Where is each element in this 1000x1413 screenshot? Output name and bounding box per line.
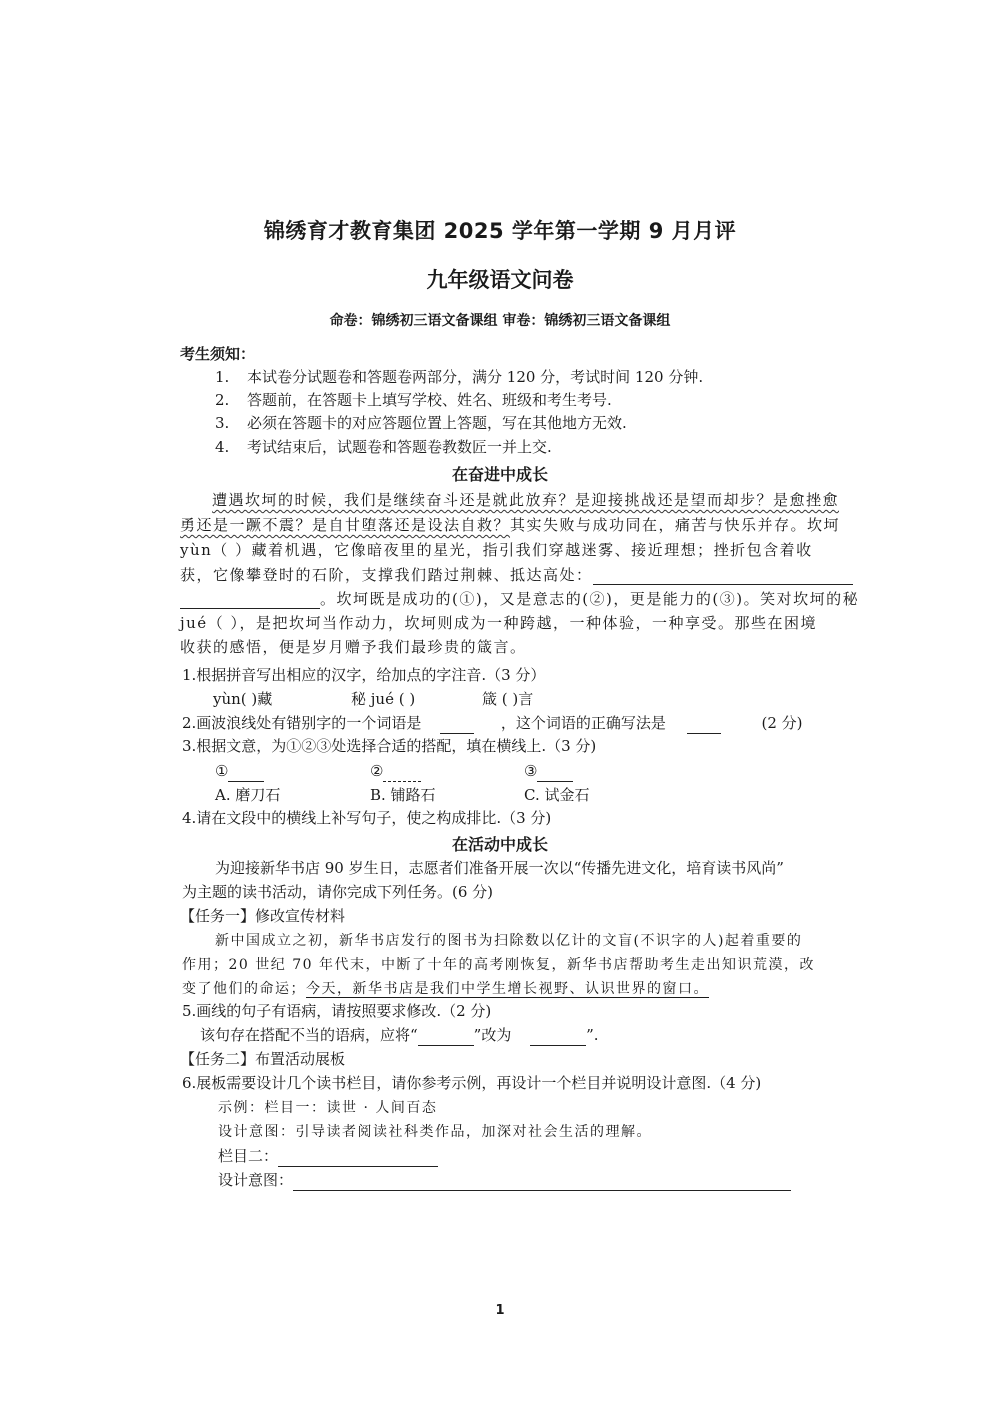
notice-heading: 考生须知：	[180, 343, 255, 364]
task1-line: 作用；20 世纪 70 年代末，中断了十年的高考刚恢复，新华书店帮助考生走出知识…	[182, 954, 815, 974]
task-2-heading: 【任务二】布置活动展板	[180, 1048, 345, 1070]
question-6: 6.展板需要设计几个读书栏目，请你参考示例，再设计一个栏目并说明设计意图.（4 …	[182, 1072, 761, 1094]
q5-blank-revised[interactable]	[530, 1031, 586, 1046]
q2-score: (2 分)	[761, 714, 802, 732]
q2-text: 2.画波浪线处有错别字的一个词语是	[182, 714, 421, 732]
blank-label: ②	[370, 762, 383, 780]
passage-line: 。坎坷既是成功的(①)，又是意志的(②)，更是能力的(③)。笑对坎坷的秘	[180, 588, 859, 609]
q3-option-c: C. 试金石	[524, 784, 589, 806]
q5-blank-original[interactable]	[418, 1031, 474, 1046]
notice-item: 3.必须在答题卡的对应答题位置上答题，写在其他地方无效.	[215, 412, 627, 434]
notice-num: 3.	[215, 412, 247, 434]
task1-line: 新中国成立之初，新华书店发行的图书为扫除数以亿计的文盲(不识字的人)起着重要的	[215, 930, 802, 950]
page-number: 1	[0, 1303, 1000, 1318]
q2-blank-correct-word[interactable]	[687, 719, 721, 734]
fill-blank-line[interactable]	[593, 570, 853, 585]
q5-text: 该句存在搭配不当的语病，应将“	[200, 1026, 418, 1044]
column2-label: 栏目二：	[218, 1147, 278, 1165]
notice-text: 答题前，在答题卡上填写学校、姓名、班级和考生考号.	[247, 391, 612, 409]
exam-subtitle: 九年级语文问卷	[0, 264, 1000, 294]
q1-item: yùn( )藏	[213, 688, 272, 710]
passage-line: 勇还是一蹶不震？是自甘堕落还是设法自救？其实失败与成功同在，痛苦与快乐并存。坎坷	[180, 514, 840, 535]
exam-title: 锦绣育才教育集团 2025 学年第一学期 9 月月评	[0, 215, 1000, 245]
question-2: 2.画波浪线处有错别字的一个词语是 ，这个词语的正确写法是 (2 分)	[182, 712, 803, 734]
q5-text: ”改为	[474, 1026, 512, 1044]
notice-num: 1.	[215, 366, 247, 388]
fill-blank-line[interactable]	[383, 767, 421, 782]
section-heading-1: 在奋进中成长	[0, 462, 1000, 485]
q5-text: ”.	[586, 1026, 598, 1044]
task1-text: 变了他们的命运；	[182, 981, 306, 997]
intro-line: 为主题的读书活动，请你完成下列任务。(6 分)	[182, 881, 493, 903]
q1-item: 箴 ( )言	[482, 688, 533, 710]
notice-item: 2.答题前，在答题卡上填写学校、姓名、班级和考生考号.	[215, 389, 612, 411]
intent-label: 设计意图：	[218, 1171, 293, 1189]
q3-option-b: B. 铺路石	[370, 784, 436, 806]
passage-line: 获，它像攀登时的石阶，支撑我们踏过荆棘、抵达高处：	[180, 564, 853, 585]
task-1-heading: 【任务一】修改宣传材料	[180, 905, 345, 927]
task1-line: 变了他们的命运；今天，新华书店是我们中学生增长视野、认识世界的窗口。	[182, 978, 709, 998]
question-1: 1.根据拼音写出相应的汉字，给加点的字注音.（3 分）	[182, 664, 545, 686]
underlined-sentence: 今天，新华书店是我们中学生增长视野、认识世界的窗口。	[306, 981, 709, 997]
fill-blank-line[interactable]	[228, 767, 264, 782]
notice-num: 2.	[215, 389, 247, 411]
q3-blank: ③	[524, 760, 573, 782]
q2-blank-wrong-word[interactable]	[440, 719, 474, 734]
notice-item: 1.本试卷分试题卷和答题卷两部分，满分 120 分，考试时间 120 分钟.	[215, 366, 703, 388]
column2-blank[interactable]	[278, 1152, 438, 1167]
notice-item: 4.考试结束后，试题卷和答题卷教数匠一并上交.	[215, 436, 552, 458]
fill-blank-line[interactable]	[180, 594, 320, 609]
blank-label: ③	[524, 762, 537, 780]
q6-intent: 设计意图：	[218, 1169, 791, 1191]
q3-blank: ①	[215, 760, 264, 782]
exam-authors: 命卷：锦绣初三语文备课组 审卷：锦绣初三语文备课组	[0, 310, 1000, 330]
q6-example: 示例：栏目一：读世 · 人间百态	[218, 1097, 437, 1117]
notice-text: 考试结束后，试题卷和答题卷教数匠一并上交.	[247, 438, 552, 456]
q1-item: 秘 jué ( )	[351, 688, 415, 710]
q2-text: ，这个词语的正确写法是	[501, 714, 666, 732]
passage-line: yùn（ ）藏着机遇，它像暗夜里的星光，指引我们穿越迷雾、接近理想；挫折包含着收	[180, 539, 813, 560]
passage-line: 遭遇坎坷的时候，我们是继续奋斗还是就此放弃？是迎接挑战还是望而却步？是愈挫愈	[212, 489, 839, 510]
wavy-underlined-text: 遭遇坎坷的时候，我们是继续奋斗还是就此放弃？是迎接挑战还是望而却步？是愈挫愈	[212, 491, 839, 509]
question-4: 4.请在文段中的横线上补写句子，使之构成排比.（3 分)	[182, 807, 551, 829]
intro-line: 为迎接新华书店 90 岁生日，志愿者们准备开展一次以“传播先进文化，培育读书风尚…	[215, 857, 784, 879]
notice-num: 4.	[215, 436, 247, 458]
question-5: 5.画线的句子有语病，请按照要求修改.（2 分)	[182, 1000, 491, 1022]
intent-blank[interactable]	[293, 1176, 791, 1191]
q6-column2: 栏目二：	[218, 1145, 438, 1167]
q3-blank: ②	[370, 760, 421, 782]
passage-line: 收获的感悟，便是岁月赠予我们最珍贵的箴言。	[180, 636, 527, 657]
wavy-underlined-text: 勇还是一蹶不震？是自甘堕落还是设法自救？	[180, 516, 510, 534]
passage-text: 获，它像攀登时的石阶，支撑我们踏过荆棘、抵达高处：	[180, 566, 593, 584]
notice-text: 必须在答题卡的对应答题位置上答题，写在其他地方无效.	[247, 414, 627, 432]
q6-example-intent: 设计意图：引导读者阅读社科类作品，加深对社会生活的理解。	[218, 1121, 652, 1141]
passage-line: jué（ ），是把坎坷当作动力，坎坷则成为一种跨越，一种体验，一种享受。那些在困…	[180, 612, 817, 633]
passage-text: 。坎坷既是成功的(①)，又是意志的(②)，更是能力的(③)。笑对坎坷的秘	[320, 590, 859, 608]
q5-answer: 该句存在搭配不当的语病，应将“”改为 ”.	[200, 1024, 599, 1046]
exam-page: 锦绣育才教育集团 2025 学年第一学期 9 月月评 九年级语文问卷 命卷：锦绣…	[0, 0, 1000, 1413]
blank-label: ①	[215, 762, 228, 780]
section-heading-2: 在活动中成长	[0, 832, 1000, 855]
notice-text: 本试卷分试题卷和答题卷两部分，满分 120 分，考试时间 120 分钟.	[247, 368, 703, 386]
fill-blank-line[interactable]	[537, 767, 573, 782]
q3-option-a: A. 磨刀石	[215, 784, 280, 806]
question-3: 3.根据文意，为①②③处选择合适的搭配，填在横线上.（3 分)	[182, 735, 596, 757]
passage-text: 其实失败与成功同在，痛苦与快乐并存。坎坷	[510, 516, 840, 534]
